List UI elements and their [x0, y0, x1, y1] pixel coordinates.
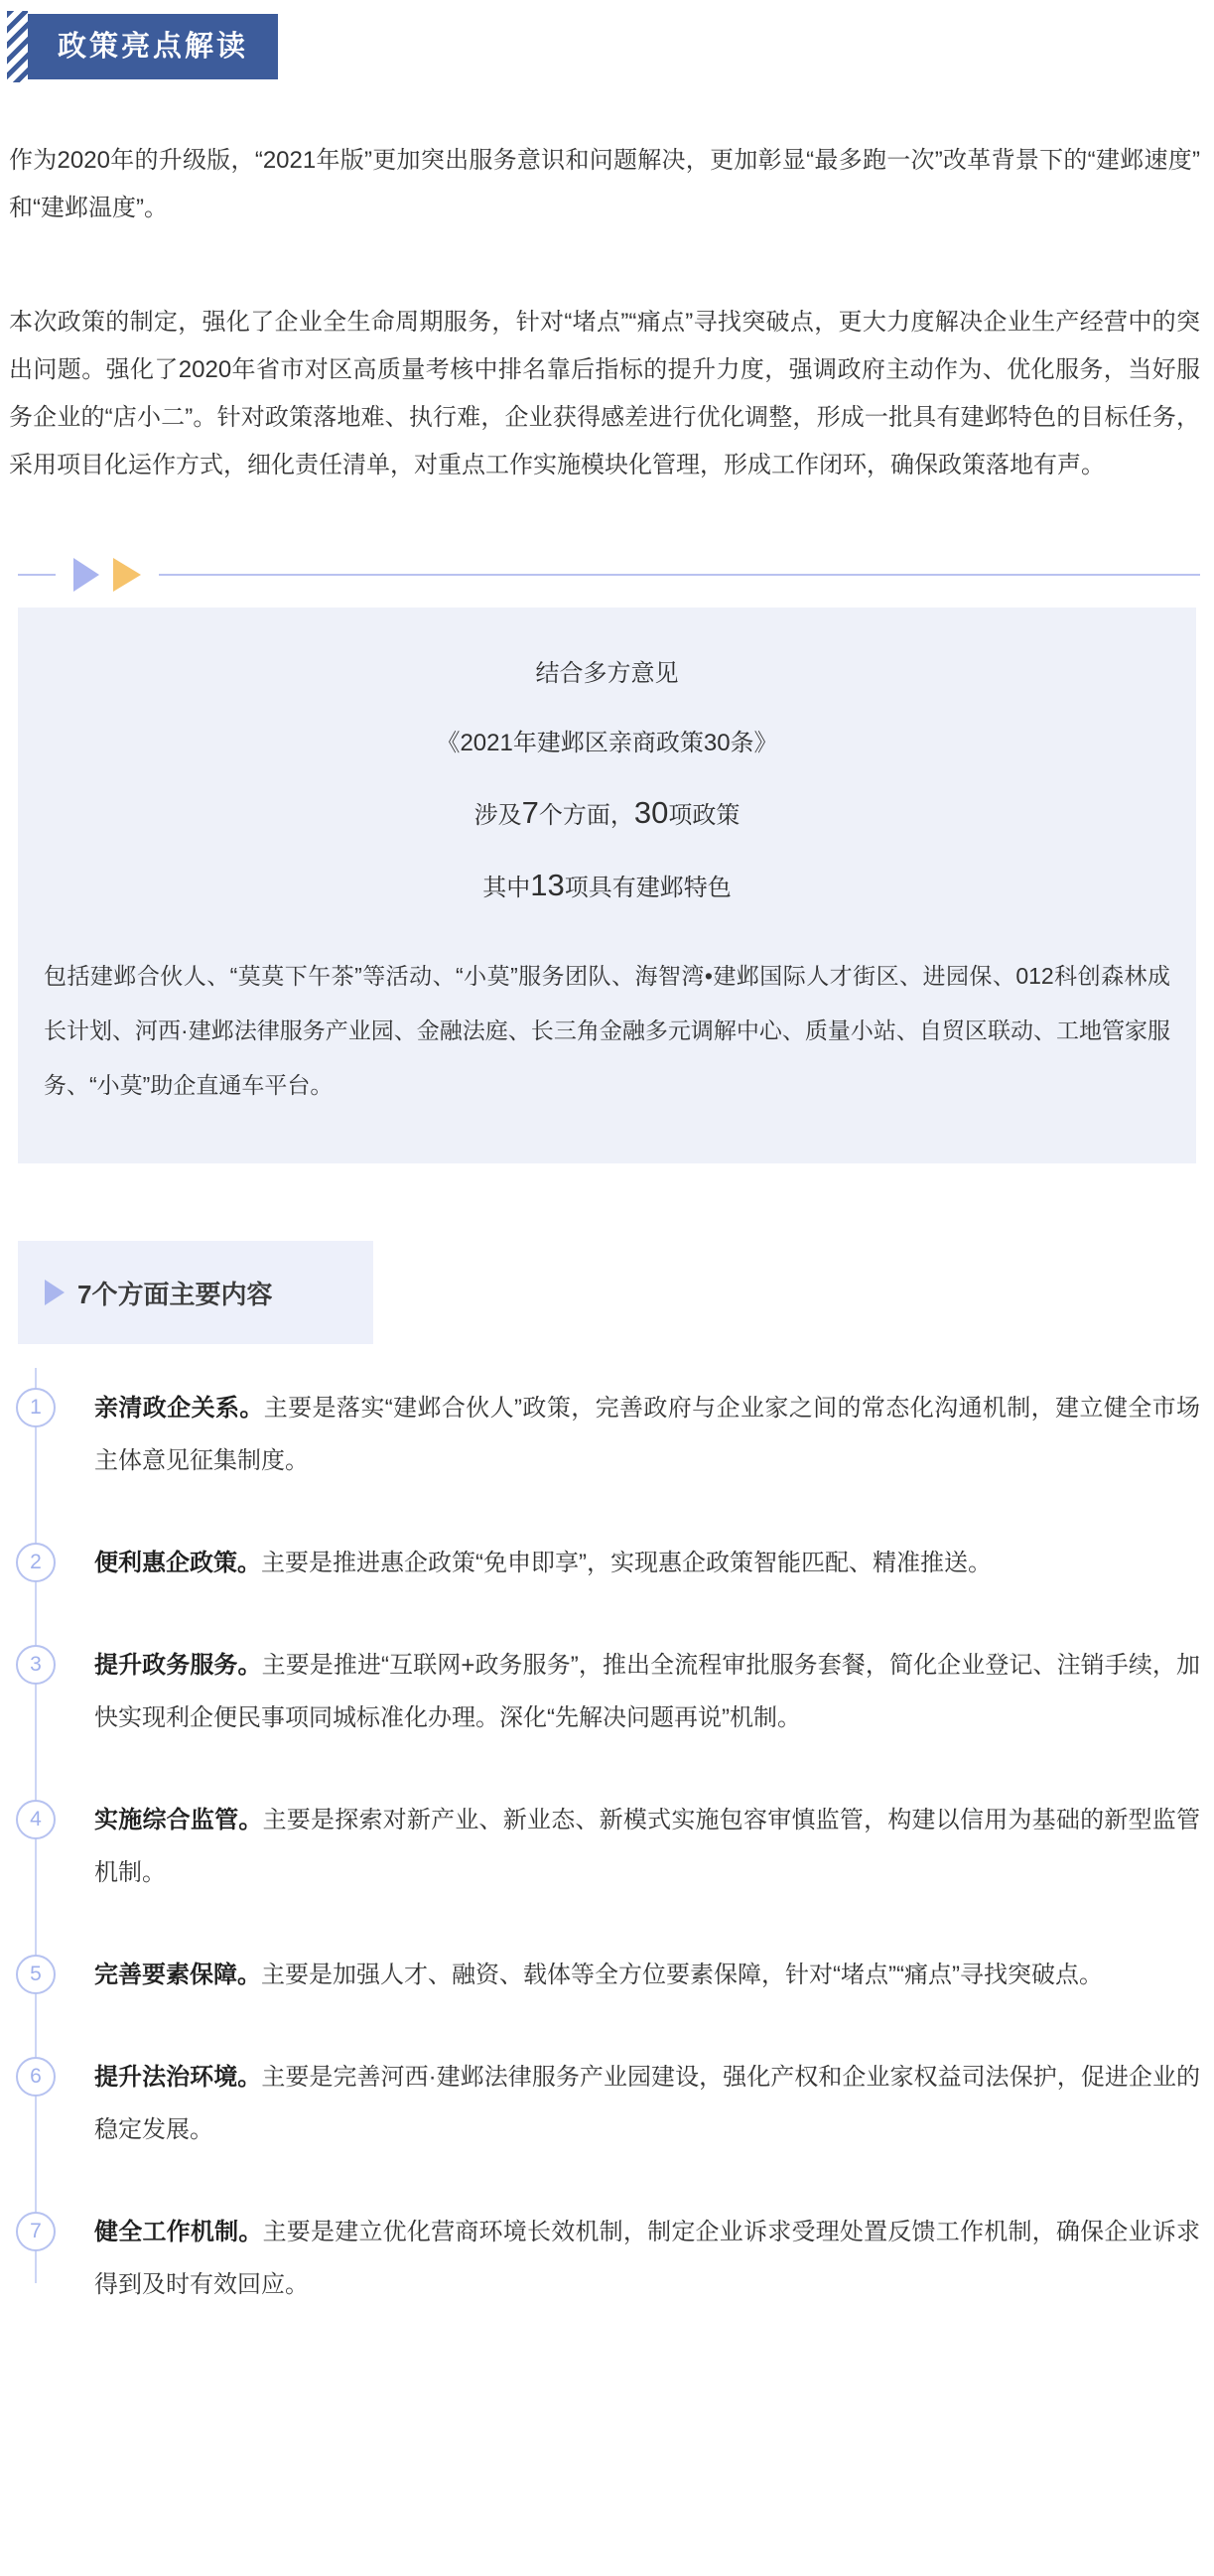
- aspect-item-7: 7 健全工作机制。主要是建立优化营商环境长效机制，制定企业诉求受理处置反馈工作机…: [0, 2206, 1200, 2311]
- article-page: 政策亮点解读 作为2020年的升级版，“2021年版”更加突出服务意识和问题解决…: [0, 0, 1214, 2576]
- aspect-number-1: 1: [30, 1396, 42, 1420]
- summary-line-3-post: 项政策: [668, 802, 740, 829]
- divider-line-right: [159, 574, 1200, 576]
- aspect-title-4: 实施综合监管。: [94, 1807, 263, 1833]
- aspect-item-2: 2 便利惠企政策。主要是推进惠企政策“免申即享”，实现惠企政策智能匹配、精准推送…: [0, 1537, 1200, 1589]
- aspect-number-badge-3: 3: [16, 1645, 56, 1685]
- section-header: 7个方面主要内容: [18, 1241, 373, 1344]
- aspect-item-6: 6 提升法治环境。主要是完善河西·建邺法律服务产业园建设，强化产权和企业家权益司…: [0, 2051, 1200, 2156]
- intro-paragraph-2: 本次政策的制定，强化了企业全生命周期服务，针对“堵点”“痛点”寻找突破点，更大力…: [9, 299, 1200, 489]
- policy-badge: 政策亮点解读: [28, 14, 278, 79]
- aspect-item-1: 1 亲清政企关系。主要是落实“建邺合伙人”政策，完善政府与企业家之间的常态化沟通…: [0, 1382, 1200, 1487]
- aspect-number-4: 4: [30, 1808, 42, 1831]
- aspect-text-7: 健全工作机制。主要是建立优化营商环境长效机制，制定企业诉求受理处置反馈工作机制，…: [94, 2206, 1200, 2311]
- aspect-number-badge-5: 5: [16, 1955, 56, 1994]
- intro-paragraph-1: 作为2020年的升级版，“2021年版”更加突出服务意识和问题解决，更加彰显“最…: [9, 137, 1200, 232]
- divider-line-left: [18, 574, 56, 576]
- aspect-text-4: 实施综合监管。主要是探索对新产业、新业态、新模式实施包容审慎监管，构建以信用为基…: [94, 1794, 1200, 1899]
- summary-line-1: 结合多方意见: [44, 639, 1170, 709]
- aspect-text-1: 亲清政企关系。主要是落实“建邺合伙人”政策，完善政府与企业家之间的常态化沟通机制…: [94, 1382, 1200, 1487]
- aspect-number-badge-4: 4: [16, 1800, 56, 1839]
- aspect-count-number: 7: [522, 795, 539, 830]
- summary-line-4: 其中13项具有建邺特色: [44, 851, 1170, 923]
- aspect-number-badge-1: 1: [16, 1388, 56, 1427]
- aspect-number-5: 5: [30, 1963, 42, 1986]
- aspects-list: 1 亲清政企关系。主要是落实“建邺合伙人”政策，完善政府与企业家之间的常态化沟通…: [0, 1382, 1214, 2311]
- aspect-number-3: 3: [30, 1653, 42, 1677]
- aspect-number-badge-7: 7: [16, 2212, 56, 2251]
- aspect-text-6: 提升法治环境。主要是完善河西·建邺法律服务产业园建设，强化产权和企业家权益司法保…: [94, 2051, 1200, 2156]
- aspect-body-2: 主要是推进惠企政策“免申即享”，实现惠企政策智能匹配、精准推送。: [261, 1550, 992, 1576]
- aspect-title-5: 完善要素保障。: [94, 1962, 261, 1988]
- arrow-divider: [18, 558, 1200, 592]
- summary-line-2: 《2021年建邺区亲商政策30条》: [44, 709, 1170, 778]
- aspect-text-2: 便利惠企政策。主要是推进惠企政策“免申即享”，实现惠企政策智能匹配、精准推送。: [94, 1537, 1200, 1589]
- aspect-title-1: 亲清政企关系。: [94, 1395, 264, 1422]
- aspect-title-3: 提升政务服务。: [94, 1652, 262, 1679]
- section-title: 7个方面主要内容: [77, 1275, 272, 1311]
- aspect-body-5: 主要是加强人才、融资、载体等全方位要素保障，针对“堵点”“痛点”寻找突破点。: [261, 1962, 1103, 1988]
- aspect-title-2: 便利惠企政策。: [94, 1550, 261, 1576]
- blue-play-arrow-icon: [73, 558, 99, 592]
- aspect-title-6: 提升法治环境。: [94, 2064, 261, 2091]
- aspect-number-2: 2: [30, 1551, 42, 1574]
- feature-count-number: 13: [530, 868, 564, 902]
- summary-line-4-post: 项具有建邺特色: [565, 875, 732, 901]
- summary-line-3-mid: 个方面，: [539, 802, 634, 829]
- aspect-item-5: 5 完善要素保障。主要是加强人才、融资、载体等全方位要素保障，针对“堵点”“痛点…: [0, 1949, 1200, 2001]
- aspect-number-6: 6: [30, 2065, 42, 2089]
- aspect-item-4: 4 实施综合监管。主要是探索对新产业、新业态、新模式实施包容审慎监管，构建以信用…: [0, 1794, 1200, 1899]
- aspect-text-5: 完善要素保障。主要是加强人才、融资、载体等全方位要素保障，针对“堵点”“痛点”寻…: [94, 1949, 1200, 2001]
- policy-summary-box: 结合多方意见 《2021年建邺区亲商政策30条》 涉及7个方面，30项政策 其中…: [18, 608, 1196, 1163]
- diagonal-stripes-decoration: [7, 11, 28, 82]
- aspect-title-7: 健全工作机制。: [94, 2219, 263, 2245]
- section-arrow-icon: [45, 1280, 65, 1305]
- summary-line-4-pre: 其中: [482, 875, 530, 901]
- policy-badge-label: 政策亮点解读: [58, 31, 248, 63]
- policy-header: 政策亮点解读: [28, 14, 286, 79]
- summary-body-paragraph: 包括建邺合伙人、“莫莫下午茶”等活动、“小莫”服务团队、海智湾•建邺国际人才街区…: [44, 949, 1170, 1113]
- aspect-number-7: 7: [30, 2220, 42, 2243]
- aspect-text-3: 提升政务服务。主要是推进“互联网+政务服务”，推出全流程审批服务套餐，简化企业登…: [94, 1639, 1200, 1744]
- aspect-number-badge-6: 6: [16, 2057, 56, 2097]
- orange-play-arrow-icon: [113, 558, 141, 592]
- summary-line-3: 涉及7个方面，30项政策: [44, 778, 1170, 851]
- aspect-body-6: 主要是完善河西·建邺法律服务产业园建设，强化产权和企业家权益司法保护，促进企业的…: [94, 2064, 1200, 2143]
- policy-count-number: 30: [634, 795, 668, 830]
- aspect-number-badge-2: 2: [16, 1543, 56, 1582]
- summary-line-3-pre: 涉及: [474, 802, 522, 829]
- aspect-item-3: 3 提升政务服务。主要是推进“互联网+政务服务”，推出全流程审批服务套餐，简化企…: [0, 1639, 1200, 1744]
